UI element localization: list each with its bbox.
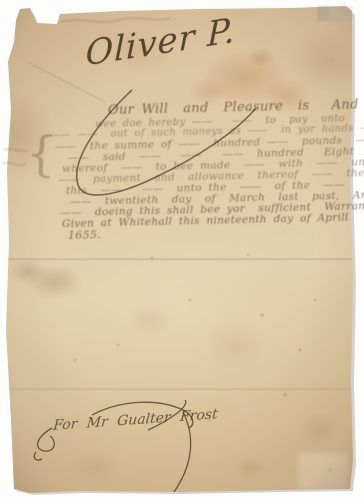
fold-crease-upper xyxy=(6,257,354,261)
photo-canvas: Oliver P. { Our Will and Pleasure is And… xyxy=(0,0,364,500)
fold-crease-lower xyxy=(6,387,354,391)
catalog-watermark xyxy=(317,6,353,21)
manuscript-line: 1655. xyxy=(68,228,101,242)
paper-light-patch xyxy=(298,453,348,491)
